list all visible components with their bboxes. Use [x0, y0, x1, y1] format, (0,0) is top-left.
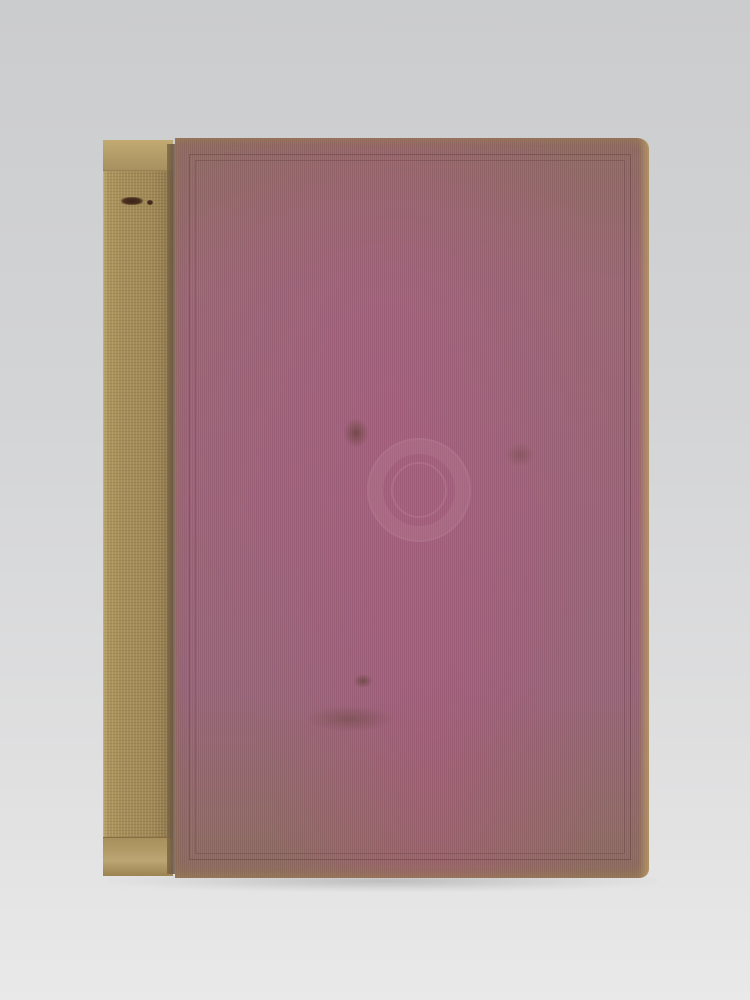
- antique-book: [103, 138, 649, 878]
- spine-ink-spot: [121, 197, 143, 205]
- spine-head-cap: [103, 140, 173, 171]
- cover-edge-wear: [639, 138, 649, 878]
- cover-stain: [343, 418, 369, 448]
- spine-ink-spot-small: [147, 200, 153, 205]
- rosette-ornament-center: [391, 462, 447, 518]
- book-spine: [103, 140, 173, 876]
- photo-scene: [0, 0, 750, 1000]
- cover-stain: [505, 443, 535, 467]
- cover-stain: [353, 674, 373, 688]
- cover-stain: [305, 706, 395, 732]
- rosette-ornament: [367, 438, 471, 542]
- front-cover: [175, 138, 649, 878]
- spine-tail-cap: [103, 837, 173, 876]
